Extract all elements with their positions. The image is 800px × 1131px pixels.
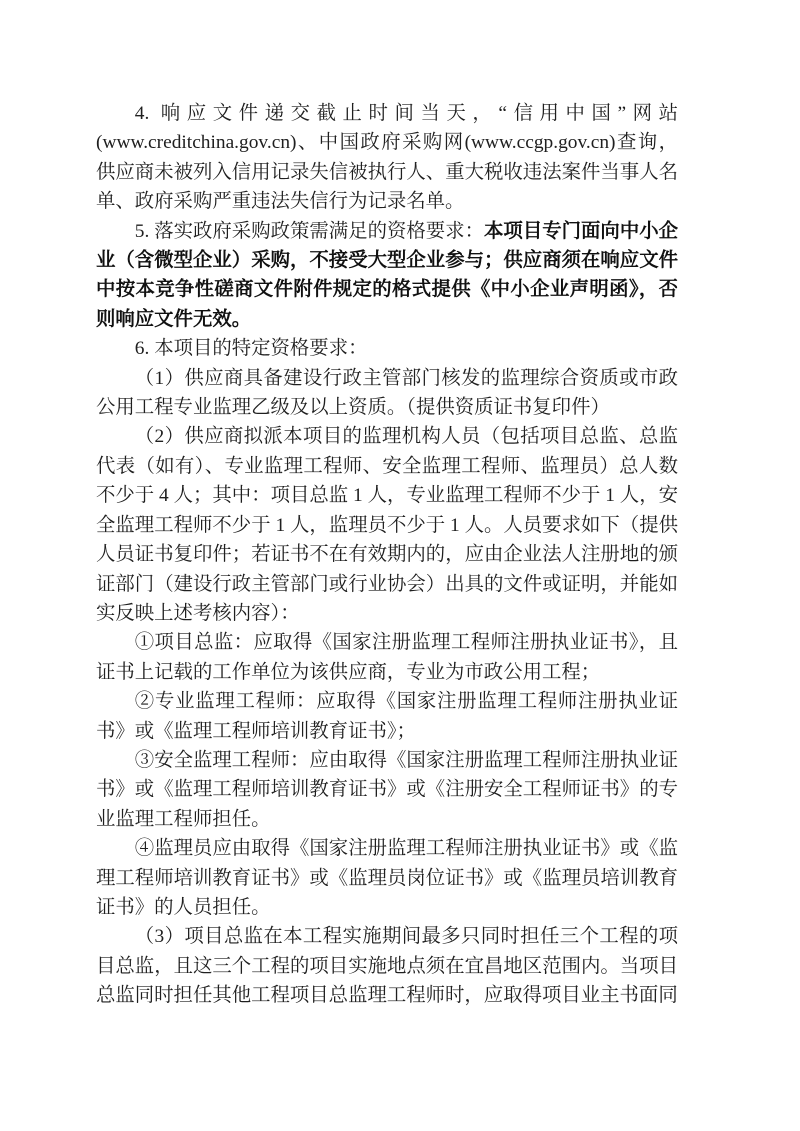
text-run: ①项目总监：应取得《国家注册监理工程师注册执业证书》，且证书上记载的工作单位为该… bbox=[96, 632, 678, 682]
text-run: ③安全监理工程师：应由取得《国家注册监理工程师注册执业证书》或《监理工程师培训教… bbox=[96, 750, 678, 830]
paragraph-item-5: 5. 落实政府采购政策需满足的资格要求：本项目专门面向中小企业（含微型企业）采购… bbox=[96, 217, 678, 335]
document-page: 4. 响应文件递交截止时间当天，“信用中国”网站(www.creditchina… bbox=[0, 0, 800, 1131]
text-run: ②专业监理工程师：应取得《国家注册监理工程师注册执业证书》或《监理工程师培训教育… bbox=[96, 691, 678, 741]
document-body: 4. 响应文件递交截止时间当天，“信用中国”网站(www.creditchina… bbox=[96, 99, 678, 1011]
text-run: 5. 落实政府采购政策需满足的资格要求： bbox=[135, 221, 484, 242]
paragraph-item-6-2-2: ②专业监理工程师：应取得《国家注册监理工程师注册执业证书》或《监理工程师培训教育… bbox=[96, 687, 678, 746]
text-run: 4. 响应文件递交截止时间当天，“信用中国”网站(www.creditchina… bbox=[96, 103, 678, 212]
paragraph-item-6-2-3: ③安全监理工程师：应由取得《国家注册监理工程师注册执业证书》或《监理工程师培训教… bbox=[96, 746, 678, 834]
paragraph-item-6: 6. 本项目的特定资格要求： bbox=[96, 334, 678, 363]
text-run: （1）供应商具备建设行政主管部门核发的监理综合资质或市政公用工程专业监理乙级及以… bbox=[96, 368, 678, 418]
text-run: 6. 本项目的特定资格要求： bbox=[135, 338, 368, 359]
text-run: （2）供应商拟派本项目的监理机构人员（包括项目总监、总监代表（如有）、专业监理工… bbox=[96, 426, 678, 623]
paragraph-item-6-1: （1）供应商具备建设行政主管部门核发的监理综合资质或市政公用工程专业监理乙级及以… bbox=[96, 364, 678, 423]
paragraph-item-4: 4. 响应文件递交截止时间当天，“信用中国”网站(www.creditchina… bbox=[96, 99, 678, 217]
paragraph-item-6-2-1: ①项目总监：应取得《国家注册监理工程师注册执业证书》，且证书上记载的工作单位为该… bbox=[96, 628, 678, 687]
paragraph-item-6-3: （3）项目总监在本工程实施期间最多只同时担任三个工程的项目总监，且这三个工程的项… bbox=[96, 922, 678, 1010]
text-run: ④监理员应由取得《国家注册监理工程师注册执业证书》或《监理工程师培训教育证书》或… bbox=[96, 838, 678, 918]
text-run: （3）项目总监在本工程实施期间最多只同时担任三个工程的项目总监，且这三个工程的项… bbox=[96, 926, 678, 1006]
paragraph-item-6-2: （2）供应商拟派本项目的监理机构人员（包括项目总监、总监代表（如有）、专业监理工… bbox=[96, 422, 678, 628]
paragraph-item-6-2-4: ④监理员应由取得《国家注册监理工程师注册执业证书》或《监理工程师培训教育证书》或… bbox=[96, 834, 678, 922]
